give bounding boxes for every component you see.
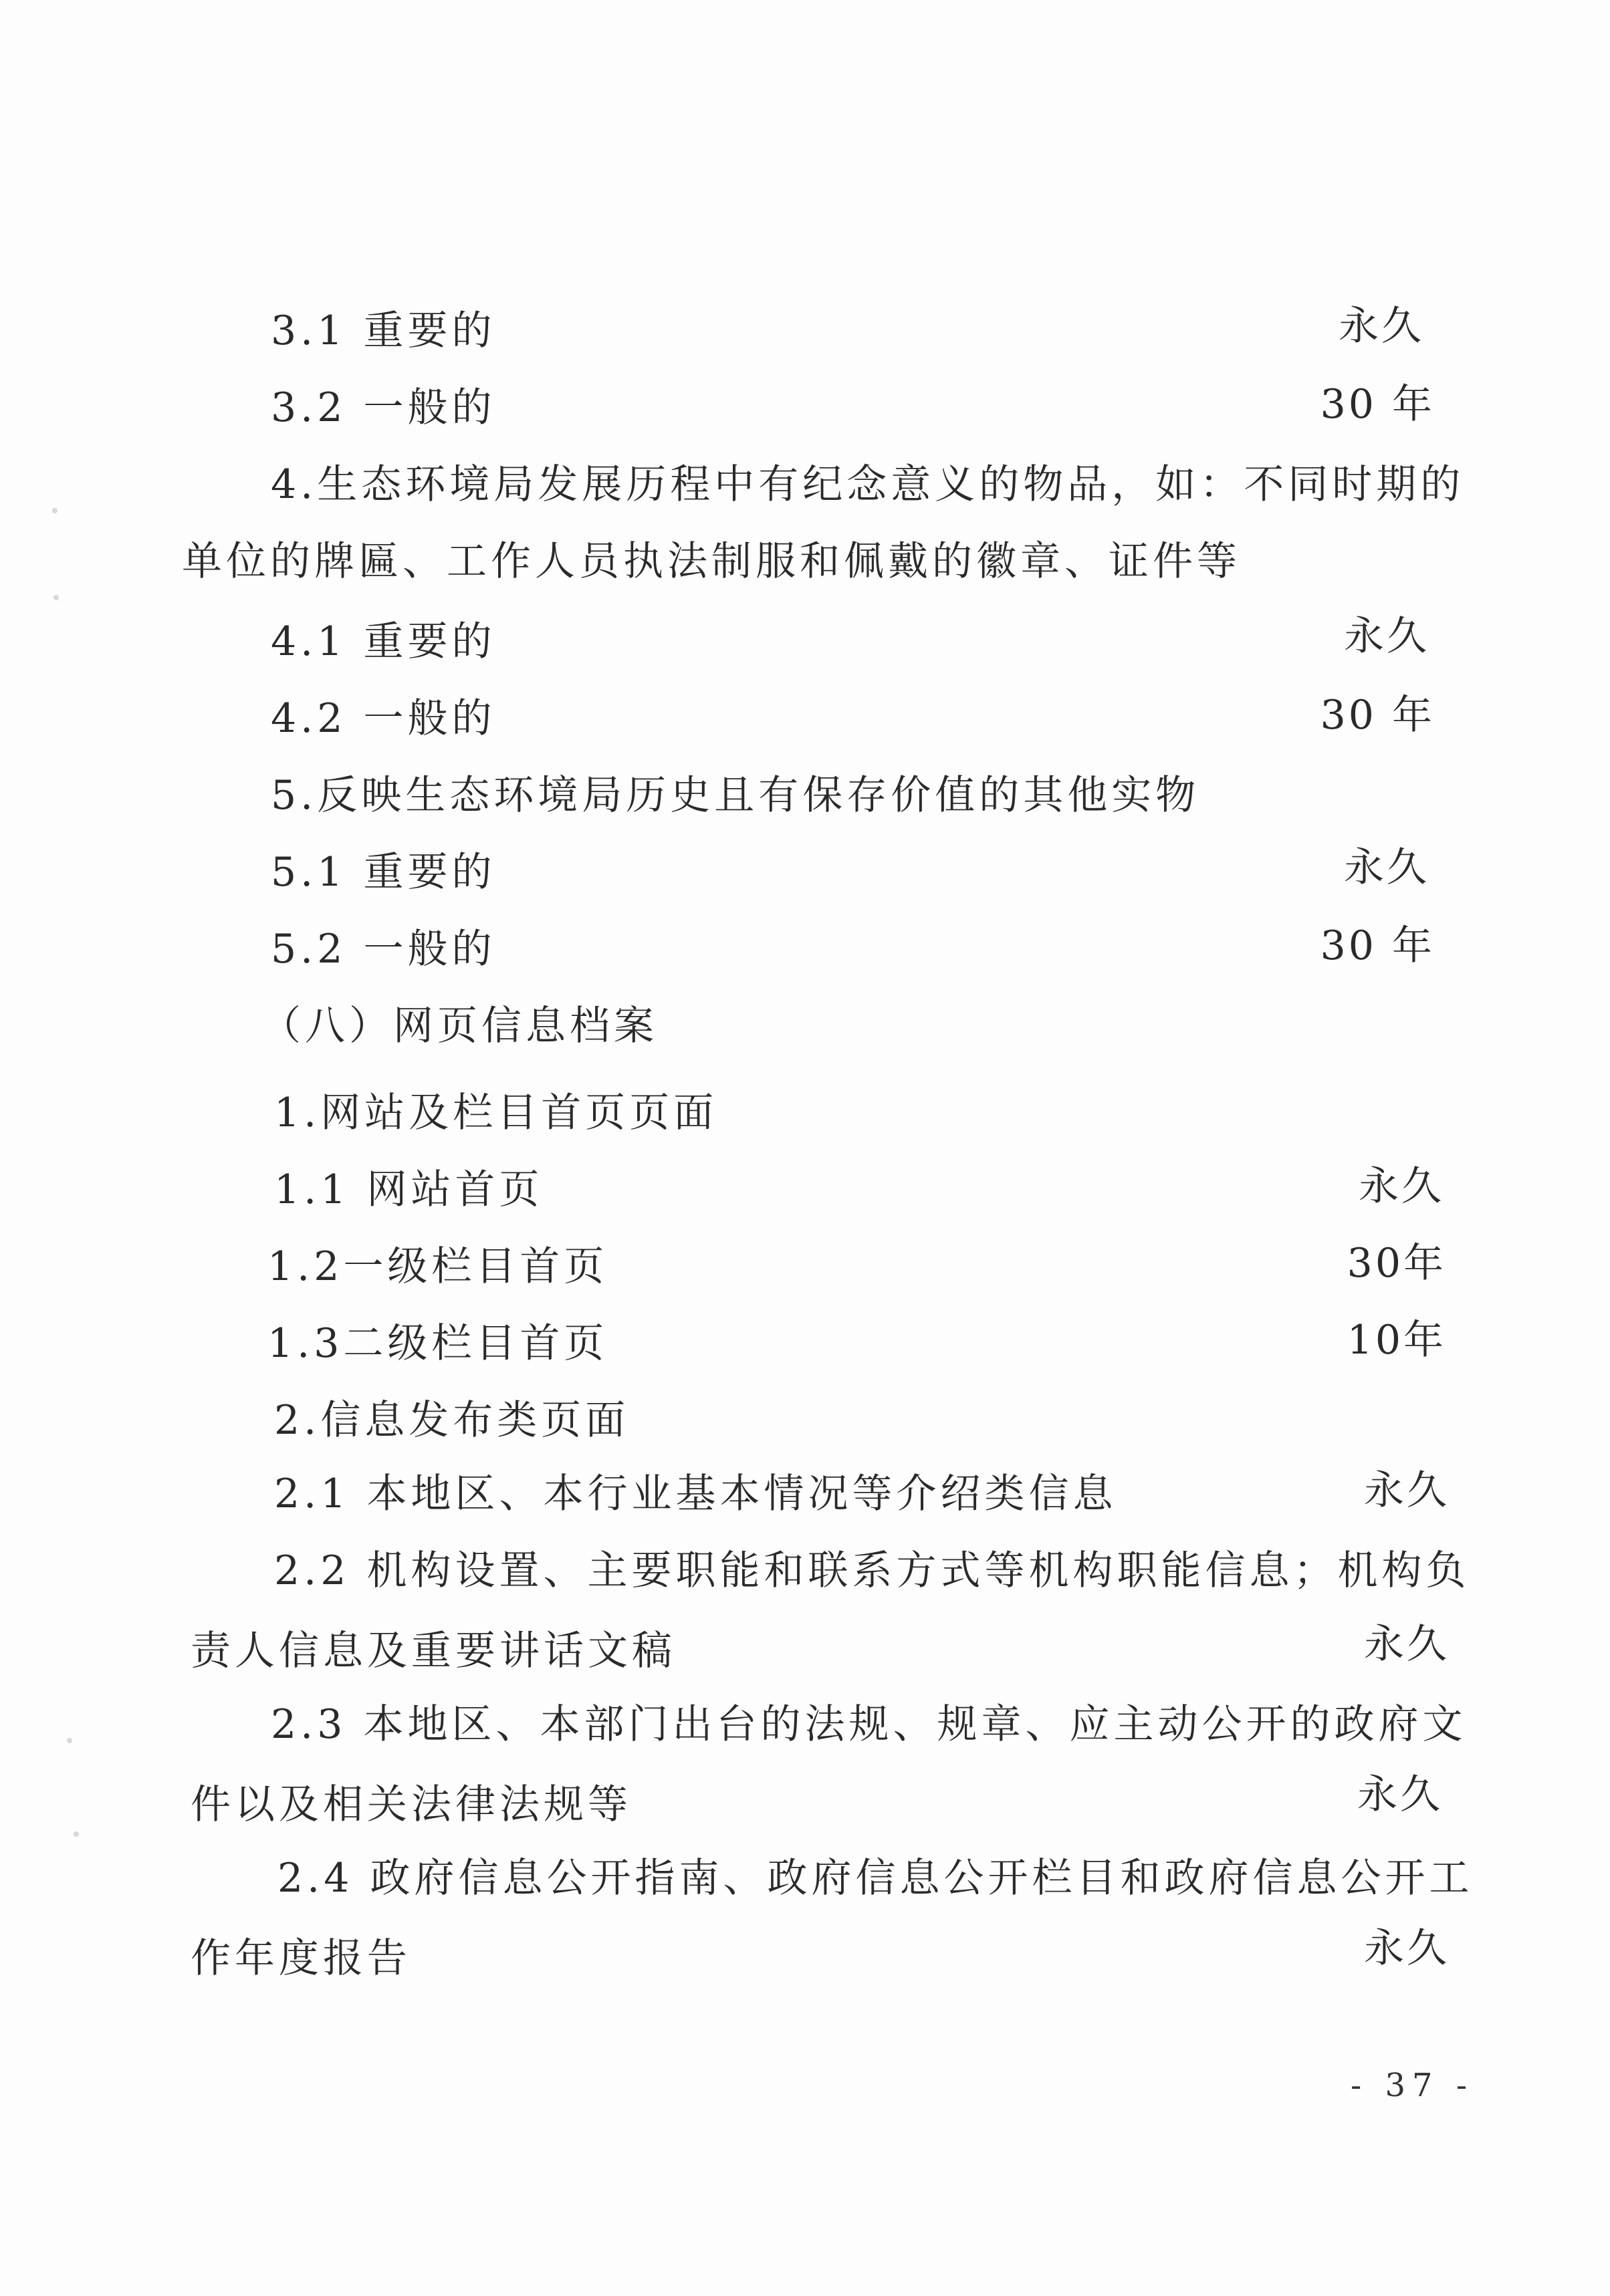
item-web-1-3: 1.3二级栏目首页 [267, 1317, 608, 1370]
retention-web-1-2: 30年 [1347, 1237, 1446, 1290]
item-web-2-2-continued: 责人信息及重要讲话文稿 [191, 1624, 676, 1678]
item-web-2: 2.信息发布类页面 [274, 1394, 629, 1447]
scan-speck [52, 508, 57, 513]
item-web-2-1: 2.1 本地区、本行业基本情况等介绍类信息 [274, 1467, 1117, 1521]
item-4-2: 4.2 一般的 [271, 692, 496, 745]
item-4-continued: 单位的牌匾、工作人员执法制服和佩戴的徽章、证件等 [182, 535, 1241, 588]
item-4-1: 4.1 重要的 [271, 615, 496, 668]
retention-3-2: 30 年 [1320, 378, 1435, 431]
retention-web-1-3: 10年 [1347, 1313, 1446, 1367]
item-web-1-1: 1.1 网站首页 [274, 1163, 544, 1217]
item-web-2-2: 2.2 机构设置、主要职能和联系方式等机构职能信息；机构负 [274, 1544, 1470, 1598]
item-web-2-3: 2.3 本地区、本部门出台的法规、规章、应主动公开的政府文 [271, 1698, 1467, 1751]
retention-web-2-2: 永久 [1364, 1618, 1450, 1671]
document-page: 3.1 重要的 永久 3.2 一般的 30 年 4.生态环境局发展历程中有纪念意… [0, 0, 1610, 2296]
scan-speck [74, 1831, 79, 1837]
item-5-1: 5.1 重要的 [271, 846, 496, 899]
item-web-2-3-continued: 件以及相关法律法规等 [191, 1778, 632, 1831]
item-web-2-4: 2.4 政府信息公开指南、政府信息公开栏目和政府信息公开工 [277, 1852, 1474, 1905]
scan-speck [53, 595, 59, 600]
item-web-1: 1.网站及栏目首页页面 [274, 1086, 717, 1140]
retention-3-1: 永久 [1339, 299, 1424, 353]
section-heading-webpage-archives: （八）网页信息档案 [261, 999, 658, 1053]
retention-web-2-3: 永久 [1357, 1768, 1443, 1821]
retention-web-2-1: 永久 [1364, 1464, 1450, 1517]
item-5: 5.反映生态环境局历史且有保存价值的其他实物 [271, 769, 1199, 822]
page-number: - 37 - [1351, 2065, 1474, 2106]
item-3-1: 3.1 重要的 [271, 304, 496, 358]
retention-4-2: 30 年 [1320, 688, 1435, 742]
item-4: 4.生态环境局发展历程中有纪念意义的物品，如：不同时期的 [271, 458, 1464, 511]
item-3-2: 3.2 一般的 [271, 381, 496, 434]
retention-5-1: 永久 [1344, 841, 1429, 894]
item-web-1-2: 1.2一级栏目首页 [267, 1240, 608, 1293]
retention-web-2-4: 永久 [1364, 1922, 1450, 1975]
item-5-2: 5.2 一般的 [271, 922, 496, 976]
retention-4-1: 永久 [1344, 610, 1429, 663]
scan-speck [67, 1738, 72, 1743]
item-web-2-4-continued: 作年度报告 [191, 1932, 411, 1985]
retention-web-1-1: 永久 [1359, 1160, 1444, 1213]
retention-5-2: 30 年 [1320, 919, 1435, 973]
